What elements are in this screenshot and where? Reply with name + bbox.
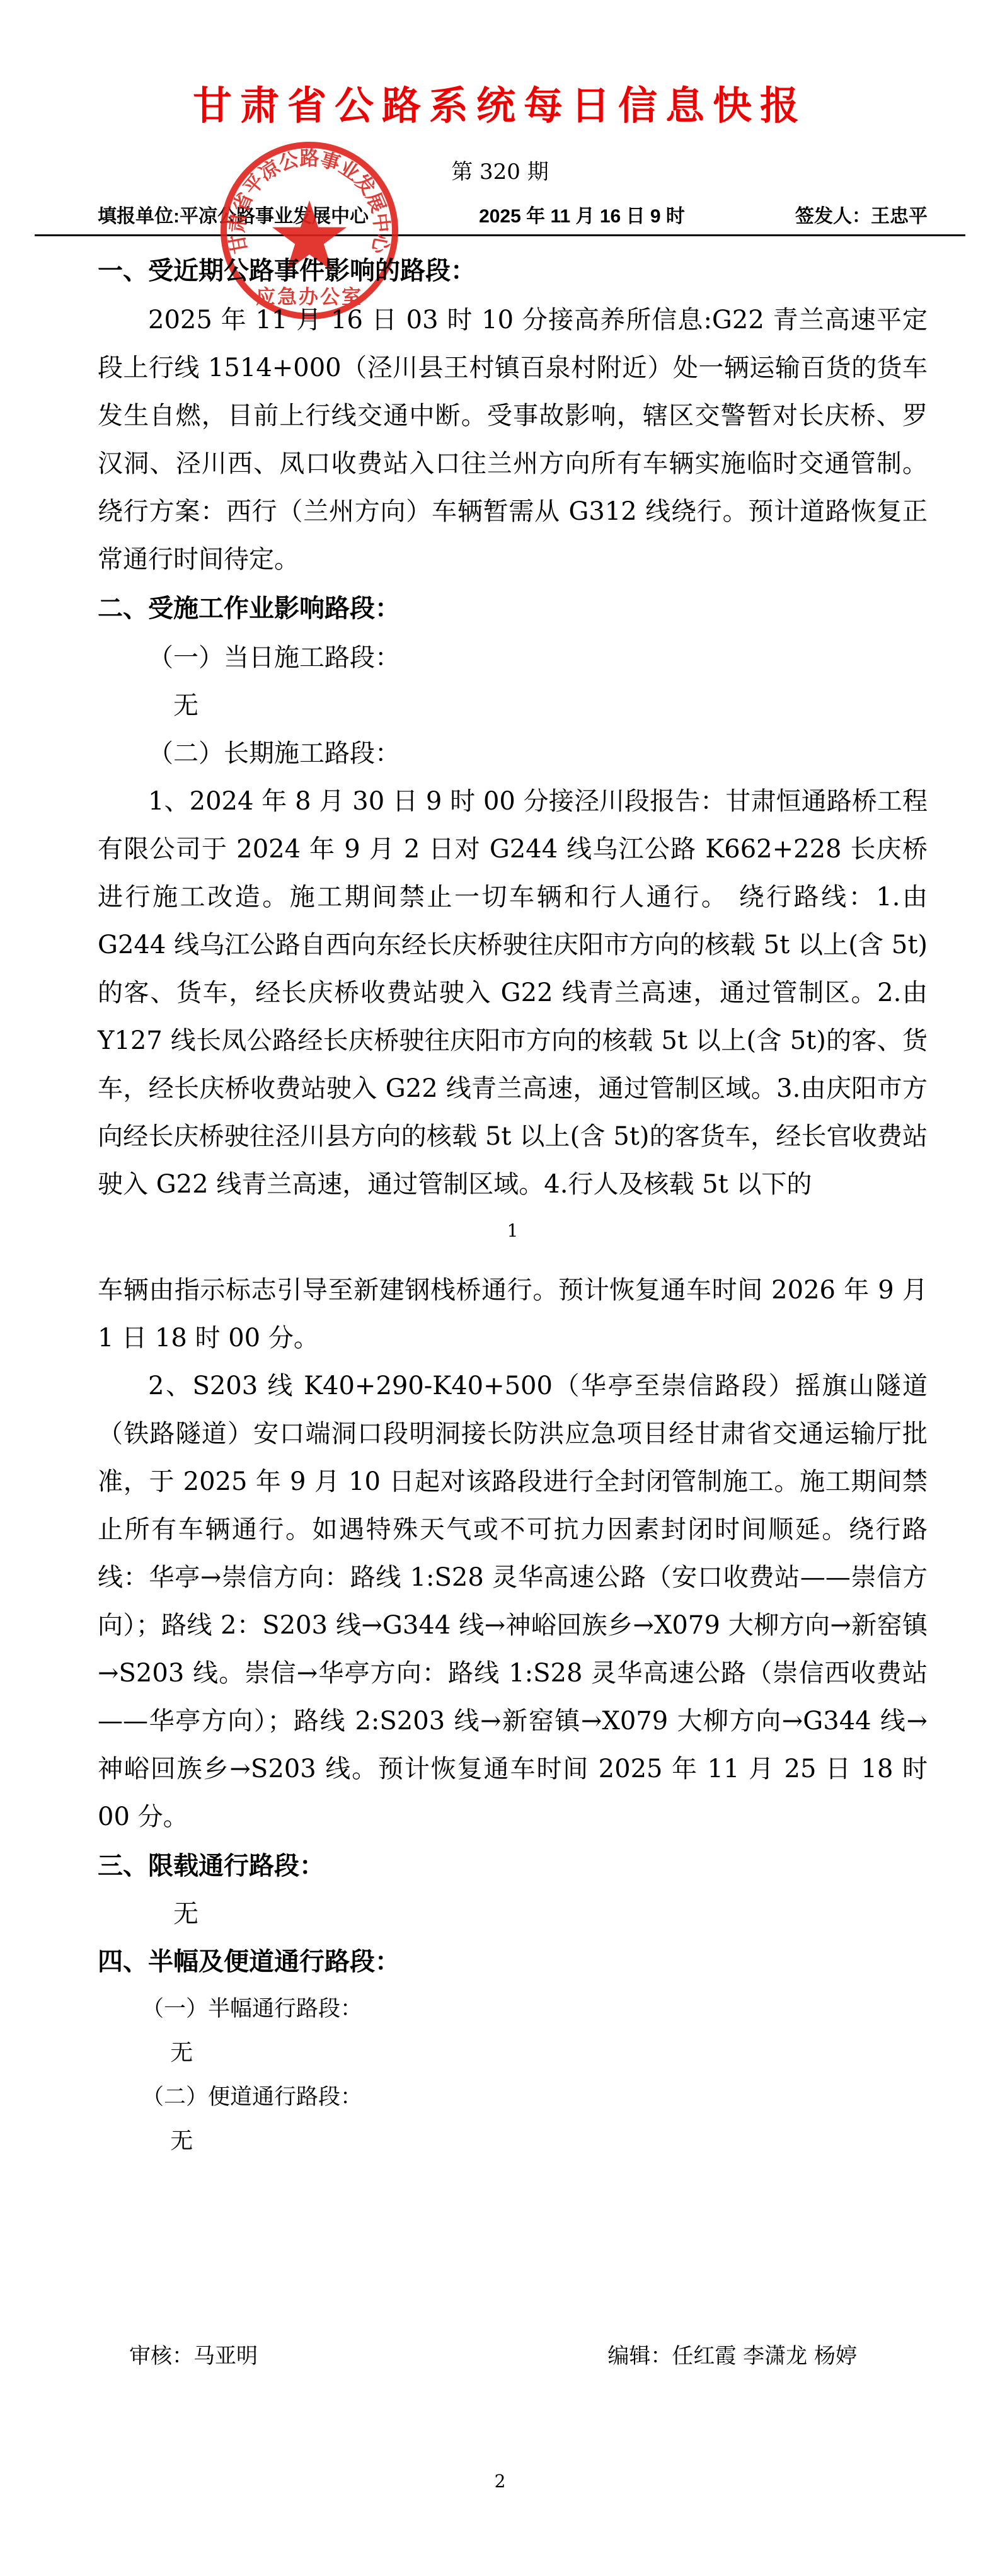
section2-sub1-value: 无 (98, 682, 928, 730)
section4-sub1-value: 无 (98, 2031, 928, 2075)
section2-heading: 二、受施工作业影响路段： (98, 583, 928, 634)
section4-sub2-value: 无 (98, 2119, 928, 2163)
page2-number: 2 (0, 2471, 1000, 2492)
footer-reviewer: 审核：马亚明 (129, 2338, 258, 2369)
section2-subheading-1: （一）当日施工路段： (98, 634, 928, 682)
document-footer: 审核：马亚明 编辑：任红霞 李潇龙 杨婷 (129, 2338, 857, 2369)
section2-item1-part2: 车辆由指示标志引导至新建钢栈桥通行。预计恢复通车时间 2026 年 9 月 1 … (98, 1266, 928, 1362)
section3-heading: 三、限载通行路段： (98, 1841, 928, 1891)
section1-paragraph: 2025 年 11 月 16 日 03 时 10 分接高养所信息:G22 青兰高… (98, 296, 928, 583)
section2-item2: 2、S203 线 K40+290-K40+500（华亭至崇信路段）摇旗山隧道（铁… (98, 1362, 928, 1841)
section4-subheading-1: （一）半幅通行路段： (98, 1987, 928, 2031)
document-body: 一、受近期公路事件影响的路段： 2025 年 11 月 16 日 03 时 10… (98, 0, 928, 2163)
section3-value: 无 (98, 1891, 928, 1937)
footer-editors: 编辑：任红霞 李潇龙 杨婷 (607, 2338, 857, 2369)
page1-number: 1 (98, 1208, 928, 1254)
bulletin-document: 甘肃省公路系统每日信息快报 第 320 期 填报单位:平凉公路事业发展中心 20… (0, 0, 1000, 2576)
section2-subheading-2: （二）长期施工路段： (98, 730, 928, 777)
section4-subheading-2: （二）便道通行路段： (98, 2075, 928, 2119)
section2-item1-part1: 1、2024 年 8 月 30 日 9 时 00 分接泾川段报告：甘肃恒通路桥工… (98, 777, 928, 1208)
section1-heading: 一、受近期公路事件影响的路段： (98, 246, 928, 296)
section4-heading: 四、半幅及便道通行路段： (98, 1937, 928, 1987)
